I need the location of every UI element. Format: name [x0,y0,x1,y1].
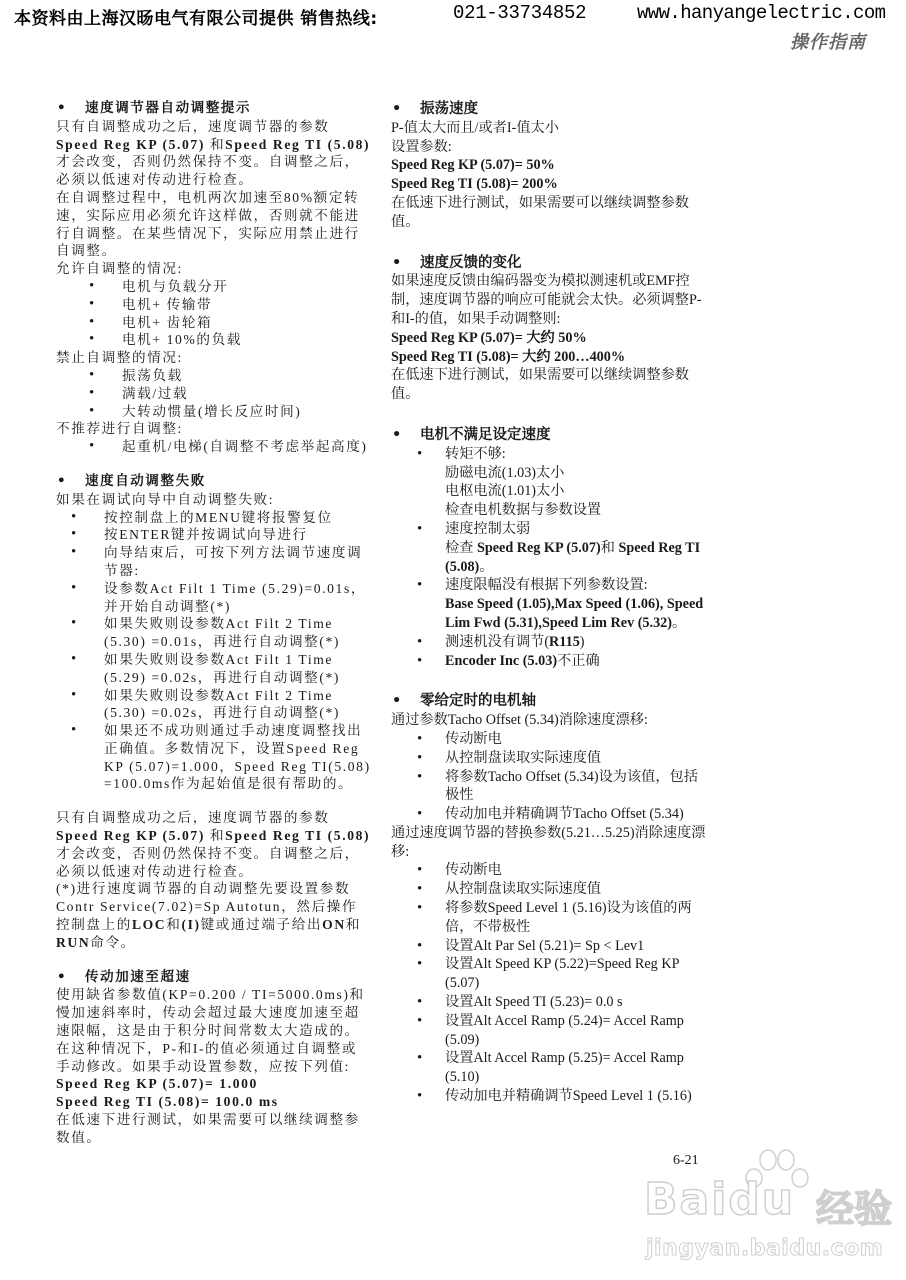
list-item: 按控制盘上的MENU键将报警复位 [104,509,372,527]
list-item: 设参数Act Filt 1 Time (5.29)=0.01s，并开始自动调整(… [104,580,372,616]
list-item: 将参数Tacho Offset (5.34)设为该值，包括极性 [445,768,709,806]
list-item: 传动加电并精确调节Speed Level 1 (5.16) [445,1087,709,1106]
left-column: 速度调节器自动调整提示 只有自调整成功之后，速度调节器的参数Speed Reg … [56,100,372,1164]
list-item: 设置Alt Speed TI (5.23)= 0.0 s [445,993,709,1012]
not-recommended-list: 起重机/电梯(自调整不考虑举起高度) [56,438,372,456]
list-item: 满载/过载 [122,385,372,403]
website-link[interactable]: www.hanyangelectric.com [637,2,885,24]
phone-number: 021-33734852 [453,2,586,24]
paragraph: 如果速度反馈由编码器变为模拟测速机或EMF控制，速度调节器的响应可能就会太快。必… [391,272,709,328]
param-ti: Speed Reg TI (5.08)= 200% [391,175,709,194]
list-item: 如果还不成功则通过手动速度调整找出正确值。多数情况下，设置Speed Reg K… [104,722,372,793]
paragraph: 只有自调整成功之后，速度调节器的参数Speed Reg KP (5.07) 和S… [56,118,372,189]
list-item: 测速机没有调节(R115) [445,633,709,652]
cause-list: 转矩不够: 励磁电流(1.03)太小 电枢电流(1.01)太小 检查电机数据与参… [391,445,709,671]
paragraph: 设置参数: [391,138,709,157]
section-title: 传动加速至超速 [56,969,372,987]
forbidden-list: 振荡负载 满载/过载 大转动惯量(增长反应时间) [56,367,372,420]
param-ti: Speed Reg TI (5.08)= 100.0 ms [56,1093,372,1111]
section-motor-speed-not-reached: 电机不满足设定速度 转矩不够: 励磁电流(1.03)太小 电枢电流(1.01)太… [391,426,709,670]
list-label: 允许自调整的情况: [56,260,372,278]
watermark-cn: 经验 [816,1178,892,1233]
watermark-brand: Baidu [644,1174,795,1225]
paragraph: 在低速下进行测试，如果需要可以继续调整参数值。 [56,1111,372,1147]
list-item: 转矩不够: 励磁电流(1.03)太小 电枢电流(1.01)太小 检查电机数据与参… [445,445,709,520]
list-item: 传动加电并精确调节Tacho Offset (5.34) [445,805,709,824]
list-item: 速度控制太弱 检查 Speed Reg KP (5.07)和 Speed Reg… [445,520,709,576]
paragraph: P-值太大而且/或者I-值太小 [391,119,709,138]
section-zero-reference-shaft: 零给定时的电机轴 通过参数Tacho Offset (5.34)消除速度漂移: … [391,692,709,1106]
list-item: 如果失败则设参数Act Filt 2 Time (5.30) =0.01s，再进… [104,615,372,651]
tacho-offset-steps: 传动断电 从控制盘读取实际速度值 将参数Tacho Offset (5.34)设… [391,730,709,824]
list-item: 起重机/电梯(自调整不考虑举起高度) [122,438,372,456]
paragraph: 在低速下进行测试，如果需要可以继续调整参数值。 [391,194,709,232]
list-item: 电机+ 10%的负载 [122,331,372,349]
section-overspeed: 传动加速至超速 使用缺省参数值(KP=0.200 / TI=5000.0ms)和… [56,969,372,1147]
list-item: 设置Alt Par Sel (5.21)= Sp < Lev1 [445,937,709,956]
list-item: Encoder Inc (5.03)不正确 [445,652,709,671]
paragraph: 使用缺省参数值(KP=0.200 / TI=5000.0ms)和慢加速斜率时，传… [56,986,372,1075]
section-oscillating-speed: 振荡速度 P-值太大而且/或者I-值太小 设置参数: Speed Reg KP … [391,100,709,232]
page-number: 6-21 [673,1153,699,1169]
list-item: 振荡负载 [122,367,372,385]
paragraph: 通过速度调节器的替换参数(5.21…5.25)消除速度漂移: [391,824,709,862]
list-item: 电机与负载分开 [122,278,372,296]
paragraph: 通过参数Tacho Offset (5.34)消除速度漂移: [391,711,709,730]
list-item: 速度限幅没有根据下列参数设置: Base Speed (1.05),Max Sp… [445,576,709,632]
param-kp: Speed Reg KP (5.07)= 1.000 [56,1075,372,1093]
paragraph: 如果在调试向导中自动调整失败: [56,491,372,509]
list-item: 向导结束后，可按下列方法调节速度调节器: [104,544,372,580]
paragraph: 在自调整过程中，电机两次加速至80%额定转速，实际应用必须允许这样做，否则就不能… [56,189,372,260]
section-title: 电机不满足设定速度 [391,426,709,445]
list-item: 传动断电 [445,730,709,749]
list-item: 设置Alt Speed KP (5.22)=Speed Reg KP (5.07… [445,955,709,993]
section-title: 零给定时的电机轴 [391,692,709,711]
list-item: 从控制盘读取实际速度值 [445,749,709,768]
list-item: 设置Alt Accel Ramp (5.24)= Accel Ramp (5.0… [445,1012,709,1050]
section-title: 速度调节器自动调整提示 [56,100,372,118]
section-title: 振荡速度 [391,100,709,119]
right-column: 振荡速度 P-值太大而且/或者I-值太小 设置参数: Speed Reg KP … [391,100,709,1123]
list-item: 将参数Speed Level 1 (5.16)设为该值的两倍，不带极性 [445,899,709,937]
section-label: 操作指南 [790,28,866,54]
param-ti: Speed Reg TI (5.08)= 大约 200…400% [391,348,709,367]
section-autotune-hints: 速度调节器自动调整提示 只有自调整成功之后，速度调节器的参数Speed Reg … [56,100,372,456]
paw-logo-icon [742,1148,812,1194]
list-item: 如果失败则设参数Act Filt 2 Time (5.30) =0.02s，再进… [104,687,372,723]
list-item: 电机+ 齿轮箱 [122,314,372,332]
provider-text: 本资料由上海汉旸电气有限公司提供 销售热线: [14,4,378,29]
allowed-list: 电机与负载分开 电机+ 传输带 电机+ 齿轮箱 电机+ 10%的负载 [56,278,372,349]
list-item: 如果失败则设参数Act Filt 1 Time (5.29) =0.02s，再进… [104,651,372,687]
section-feedback-change: 速度反馈的变化 如果速度反馈由编码器变为模拟测速机或EMF控制，速度调节器的响应… [391,254,709,404]
list-item: 按ENTER键并按调试向导进行 [104,526,372,544]
list-item: 电机+ 传输带 [122,296,372,314]
list-item: 从控制盘读取实际速度值 [445,880,709,899]
param-kp: Speed Reg KP (5.07)= 50% [391,156,709,175]
alt-param-steps: 传动断电 从控制盘读取实际速度值 将参数Speed Level 1 (5.16)… [391,861,709,1105]
section-title: 速度自动调整失败 [56,473,372,491]
page-header: 本资料由上海汉旸电气有限公司提供 销售热线: 021-33734852 www.… [0,2,906,26]
paragraph: 在低速下进行测试，如果需要可以继续调整参数值。 [391,366,709,404]
paragraph: 只有自调整成功之后，速度调节器的参数Speed Reg KP (5.07) 和S… [56,809,372,880]
section-title: 速度反馈的变化 [391,254,709,273]
list-label: 禁止自调整的情况: [56,349,372,367]
param-kp: Speed Reg KP (5.07)= 大约 50% [391,329,709,348]
section-autotune-failure: 速度自动调整失败 如果在调试向导中自动调整失败: 按控制盘上的MENU键将报警复… [56,473,372,952]
list-item: 设置Alt Accel Ramp (5.25)= Accel Ramp (5.1… [445,1049,709,1087]
list-item: 传动断电 [445,861,709,880]
list-label: 不推荐进行自调整: [56,420,372,438]
list-item: 大转动惯量(增长反应时间) [122,403,372,421]
watermark-url: jingyan.baidu.com [646,1236,883,1261]
failure-steps-list: 按控制盘上的MENU键将报警复位 按ENTER键并按调试向导进行 向导结束后，可… [56,509,372,794]
footnote: (*)进行速度调节器的自动调整先要设置参数Contr Service(7.02)… [56,880,372,951]
